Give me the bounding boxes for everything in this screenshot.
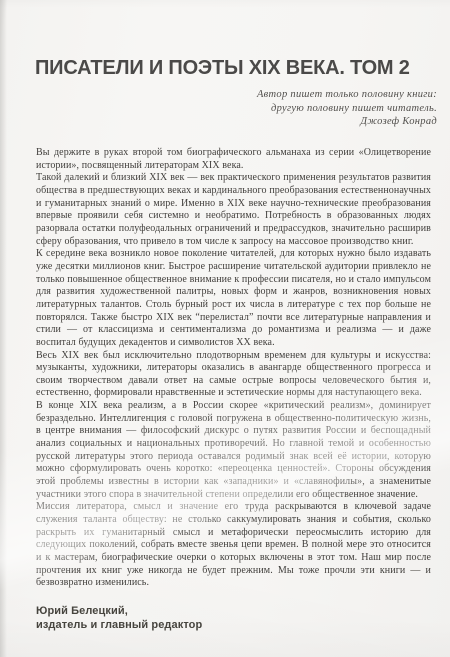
paragraph-6: Миссия литератора, смысл и значение его … (36, 501, 431, 590)
epigraph-line-1: Автор пишет только половину книги: (257, 88, 437, 102)
body-text: Вы держите в руках второй том биографиче… (36, 147, 431, 633)
signature-role: издатель и главный редактор (36, 618, 431, 633)
paragraph-5: В конце XIX века реализм, а в России ско… (36, 400, 431, 501)
paragraph-1: Вы держите в руках второй том биографиче… (36, 147, 431, 172)
book-page: ПИСАТЕЛИ И ПОЭТЫ XIX ВЕКА. ТОМ 2 Автор п… (0, 0, 450, 657)
signature-name: Юрий Белецкий, (36, 604, 431, 619)
epigraph: Автор пишет только половину книги: другу… (257, 88, 437, 129)
paragraph-3: К середине века возникло новое поколение… (36, 248, 431, 349)
page-title: ПИСАТЕЛИ И ПОЭТЫ XIX ВЕКА. ТОМ 2 (35, 57, 410, 80)
epigraph-line-2: другую половину пишет читатель. (257, 102, 437, 116)
signature: Юрий Белецкий, издатель и главный редакт… (36, 604, 431, 633)
paragraph-2: Такой далекий и близкий XIX век — век пр… (36, 172, 431, 248)
epigraph-author: Джозеф Конрад (257, 115, 437, 129)
page-edge-shadow (0, 0, 7, 657)
paragraph-4: Весь XIX век был исключительно плодотвор… (36, 350, 431, 401)
